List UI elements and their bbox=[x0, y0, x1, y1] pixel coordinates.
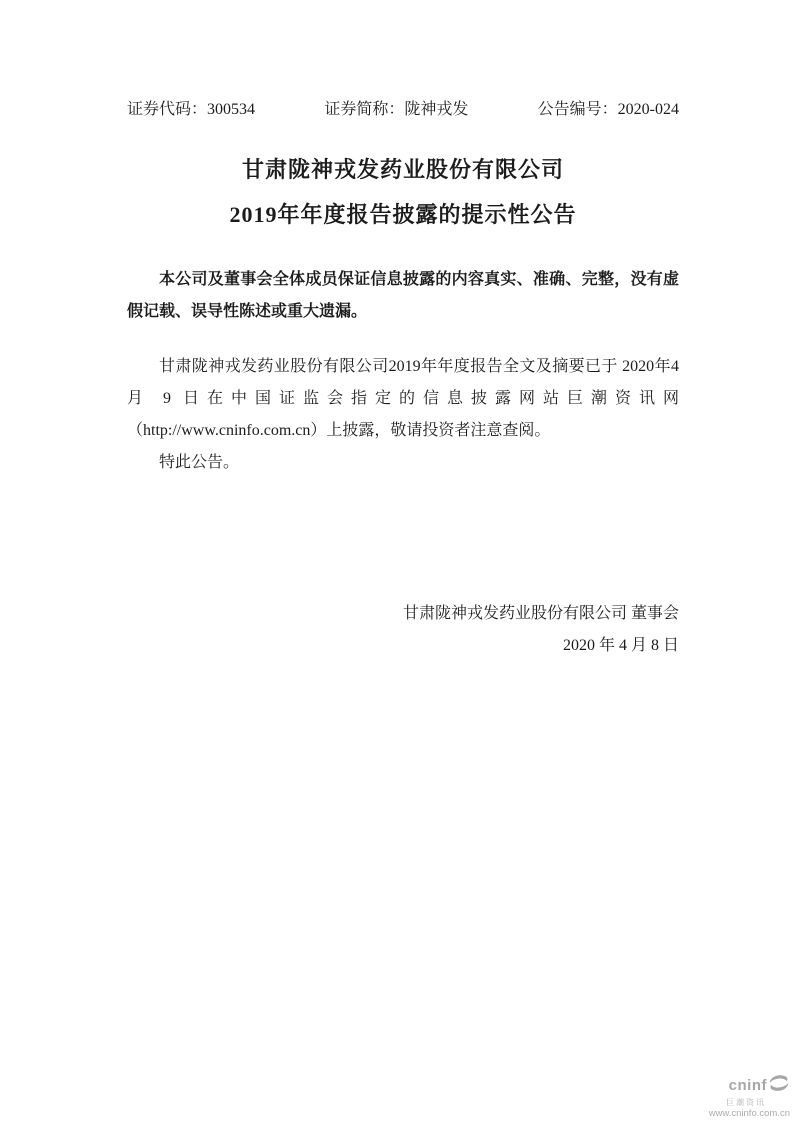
disclaimer-paragraph: 本公司及董事会全体成员保证信息披露的内容真实、准确、完整，没有虚 假记载、误导性… bbox=[127, 264, 679, 328]
body-paragraph: 甘肃陇神戎发药业股份有限公司2019年年度报告全文及摘要已于 2020年4 月 … bbox=[127, 351, 679, 479]
cninfo-logo-row: cninf bbox=[729, 1074, 790, 1097]
cninfo-brand-name: 巨潮资讯 bbox=[726, 1098, 766, 1107]
cninfo-url: www.cninfo.com.cn bbox=[709, 1109, 790, 1120]
signature-date: 2020 年 4 月 8 日 bbox=[127, 630, 679, 662]
cninfo-swirl-icon bbox=[767, 1072, 792, 1099]
disclaimer-line-2: 假记载、误导性陈述或重大遗漏。 bbox=[127, 296, 679, 328]
stock-name: 证券简称：陇神戎发 bbox=[324, 96, 468, 119]
announcement-number: 公告编号：2020-024 bbox=[538, 96, 679, 119]
disclaimer-line-1: 本公司及董事会全体成员保证信息披露的内容真实、准确、完整，没有虚 bbox=[127, 264, 679, 296]
closing-line: 特此公告。 bbox=[127, 447, 679, 479]
stock-code: 证券代码：300534 bbox=[127, 96, 255, 119]
cninfo-logo-text: cninf bbox=[729, 1077, 767, 1094]
page-title-company: 甘肃陇神戎发药业股份有限公司 bbox=[127, 153, 679, 184]
body-line-2: 月 9 日在中国证监会指定的信息披露网站巨潮资讯网 bbox=[127, 383, 679, 415]
document-page: 证券代码：300534 证券简称：陇神戎发 公告编号：2020-024 甘肃陇神… bbox=[0, 0, 793, 1122]
cninfo-watermark: cninf 巨潮资讯 www.cninfo.com.cn bbox=[709, 1074, 790, 1120]
signature-company: 甘肃陇神戎发药业股份有限公司 董事会 bbox=[127, 598, 679, 630]
page-title-subject: 2019年年度报告披露的提示性公告 bbox=[127, 198, 679, 229]
body-line-1: 甘肃陇神戎发药业股份有限公司2019年年度报告全文及摘要已于 2020年4 bbox=[127, 351, 679, 383]
signature-block: 甘肃陇神戎发药业股份有限公司 董事会 2020 年 4 月 8 日 bbox=[127, 598, 679, 662]
body-line-3: （http://www.cninfo.com.cn）上披露，敬请投资者注意查阅。 bbox=[127, 415, 679, 447]
page-header: 证券代码：300534 证券简称：陇神戎发 公告编号：2020-024 bbox=[127, 96, 679, 119]
